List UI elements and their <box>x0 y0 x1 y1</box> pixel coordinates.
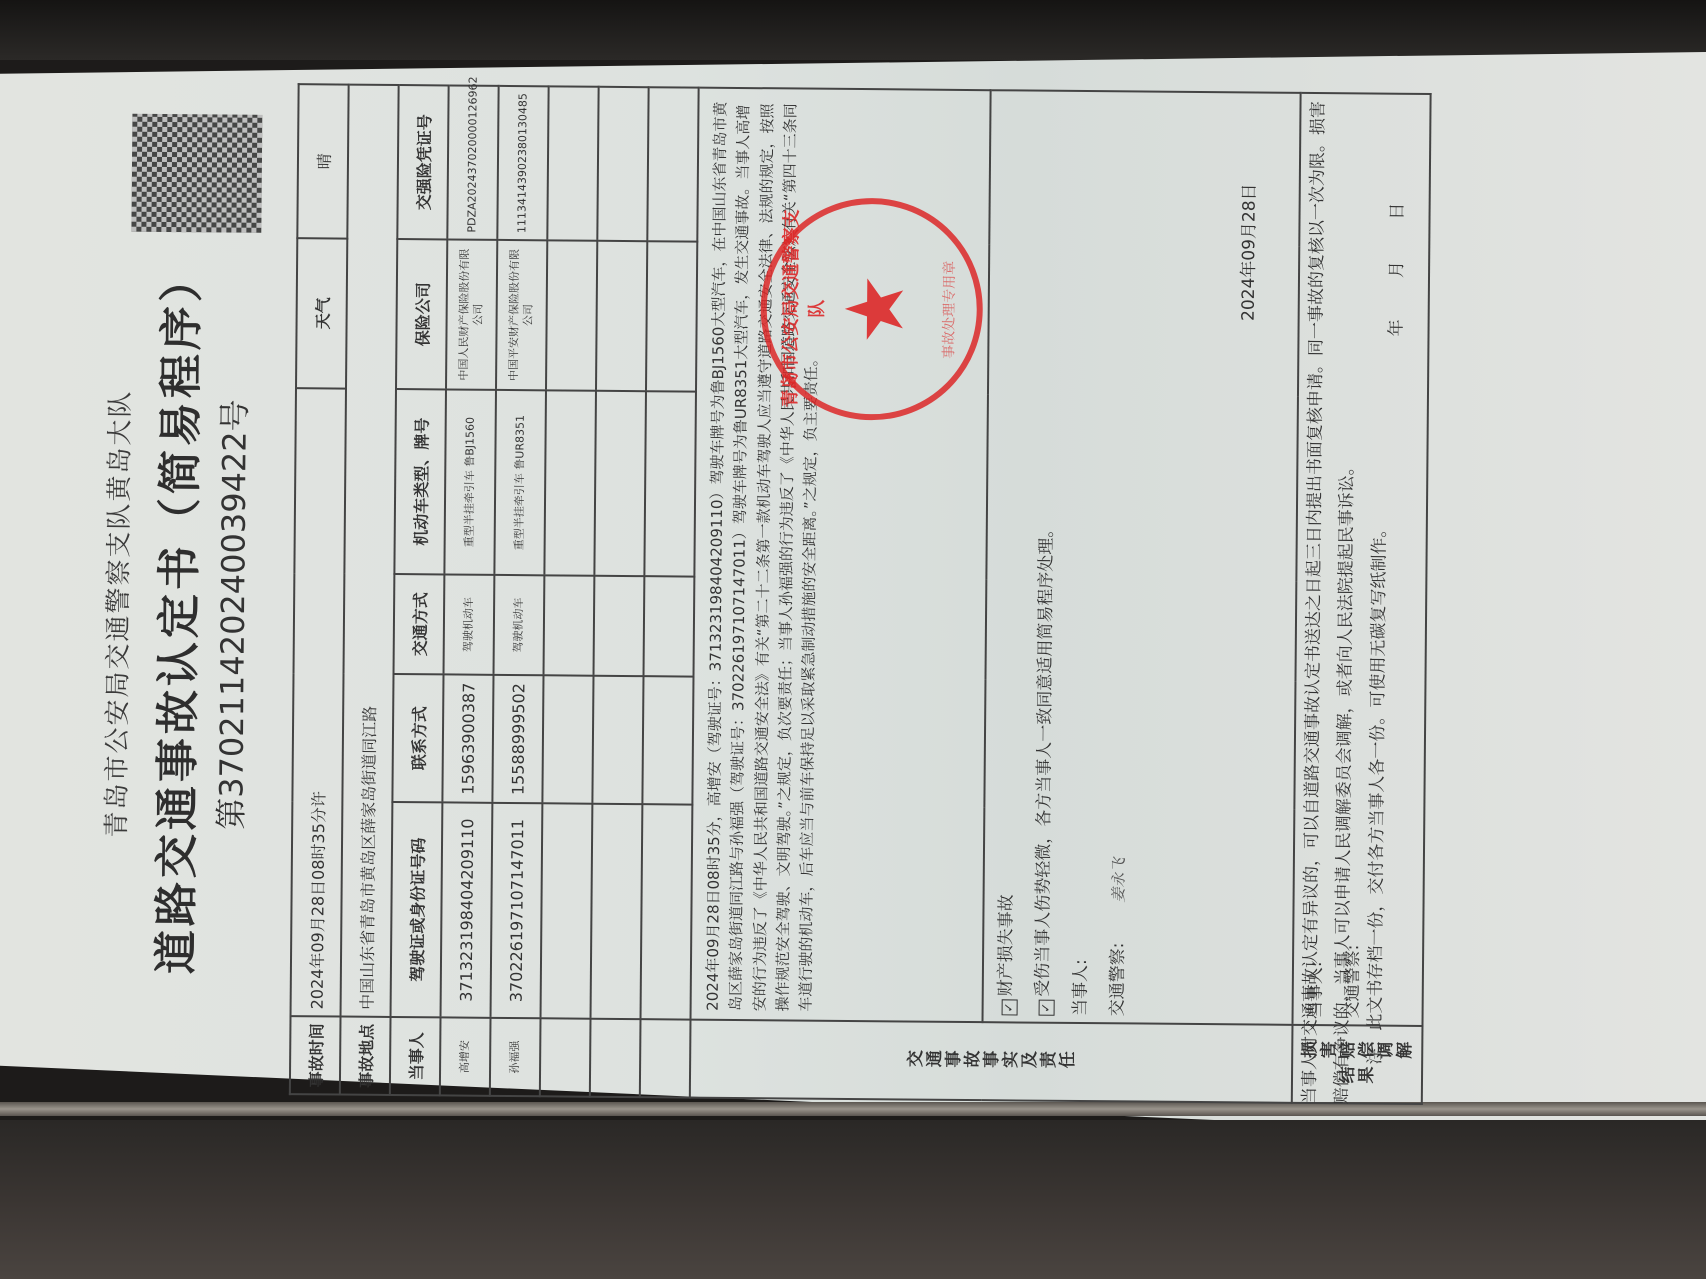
party-row: 孙福强 370226197107147011 15588999502 驾驶机动车… <box>490 86 549 1096</box>
party-license: 371323198404209110 <box>441 802 493 1017</box>
value-weather: 晴 <box>297 84 348 238</box>
header-transport: 交通方式 <box>394 574 445 674</box>
party-insurer: 中国平安财产保险股份有限公司 <box>496 240 547 390</box>
party-contact: 15963900387 <box>442 674 493 802</box>
footer-notes: 当事人对交通事故认定有异议的，可以自道路交通事故认定书送达之日起三日内提出书面复… <box>1294 94 1400 1105</box>
header-party: 当事人 <box>390 1017 441 1095</box>
officer-signature: 姜永飞 <box>1110 858 1128 903</box>
header-license: 驾驶证或身份证号码 <box>391 802 443 1017</box>
label-weather: 天气 <box>296 238 347 388</box>
row-location: 事故地点 中国山东省青岛市黄岛区薛家岛街道同江路 <box>340 85 399 1095</box>
label-location: 事故地点 <box>340 1017 391 1095</box>
issuing-agency: 青岛市公安局交通警察支队黄岛大队 <box>93 73 139 1153</box>
row-time: 事故时间 2024年09月28日08时35分许 天气 晴 <box>290 84 349 1094</box>
label-facts: 交通事故事实及责任 <box>690 1020 1293 1103</box>
row-party-header: 当事人 驾驶证或身份证号码 联系方式 交通方式 机动车类型、牌号 保险公司 交强… <box>390 85 449 1095</box>
value-accident-time: 2024年09月28日08时35分许 <box>291 388 346 1016</box>
header-vehicle: 机动车类型、牌号 <box>394 389 446 574</box>
qr-code-icon <box>131 114 262 233</box>
star-icon: ★ <box>835 273 916 345</box>
seal-subtext: 事故处理专用章 <box>938 205 960 415</box>
officer-signature-line: 交通警察:姜永飞 <box>1100 98 1145 1016</box>
header-voucher: 交强险凭证号 <box>397 85 448 239</box>
party-insurer: 中国人民财产保险股份有限公司 <box>446 239 497 389</box>
accident-report-document: 青岛市公安局交通警察支队黄岛大队 道路交通事故认定书（简易程序） 第370211… <box>63 73 1642 1167</box>
background-top <box>0 0 1706 60</box>
issue-date: 2024年09月28日 <box>1230 183 1269 321</box>
result-cell: ✓财产损失事故 ✓受伤当事人伤势轻微，各方当事人一致同意适用简易程序处理。 当事… <box>982 90 1300 1025</box>
party-contact: 15588999502 <box>492 675 543 803</box>
header-contact: 联系方式 <box>392 674 443 802</box>
party-name: 孙福强 <box>490 1018 541 1096</box>
value-location: 中国山东省青岛市黄岛区薛家岛街道同江路 <box>341 85 399 1017</box>
header-insurer: 保险公司 <box>396 239 447 389</box>
empty-row <box>640 87 699 1097</box>
party-transport: 驾驶机动车 <box>494 575 545 675</box>
party-transport: 驾驶机动车 <box>444 574 495 674</box>
checkbox-checked-icon: ✓ <box>1039 1000 1055 1016</box>
empty-row <box>540 86 599 1096</box>
party-voucher: PDZA202437020000126962 <box>447 85 498 239</box>
party-voucher: 11134143902380130485 <box>497 86 548 240</box>
party-name: 高增安 <box>440 1017 491 1095</box>
party-license: 370226197107147011 <box>491 803 543 1018</box>
seal-text: 青岛市公安局交通警察支队 <box>776 203 830 413</box>
row-result: ✓财产损失事故 ✓受伤当事人伤势轻微，各方当事人一致同意适用简易程序处理。 当事… <box>982 90 1301 1103</box>
document-title: 道路交通事故认定书（简易程序） <box>138 74 211 1155</box>
checkbox-checked-icon: ✓ <box>1002 999 1018 1015</box>
label-accident-time: 事故时间 <box>290 1016 341 1094</box>
official-seal: 青岛市公安局交通警察支队 ★ 事故处理专用章 <box>760 197 984 421</box>
party-vehicle: 重型半挂牵引车 鲁UR8351 <box>494 390 546 575</box>
option-minor-injury: ✓受伤当事人伤势轻微，各方当事人一致同意适用简易程序处理。 <box>1025 98 1070 1016</box>
party-row: 高增安 371323198404209110 15963900387 驾驶机动车… <box>440 85 499 1095</box>
appeal-notice: 当事人对交通事故认定有异议的，可以自道路交通事故认定书送达之日起三日内提出书面复… <box>1294 94 1367 1105</box>
empty-row <box>590 87 649 1097</box>
party-vehicle: 重型半挂牵引车 鲁BJ1560 <box>444 389 496 574</box>
document-number: 第370211420240039422号 <box>203 74 258 1154</box>
